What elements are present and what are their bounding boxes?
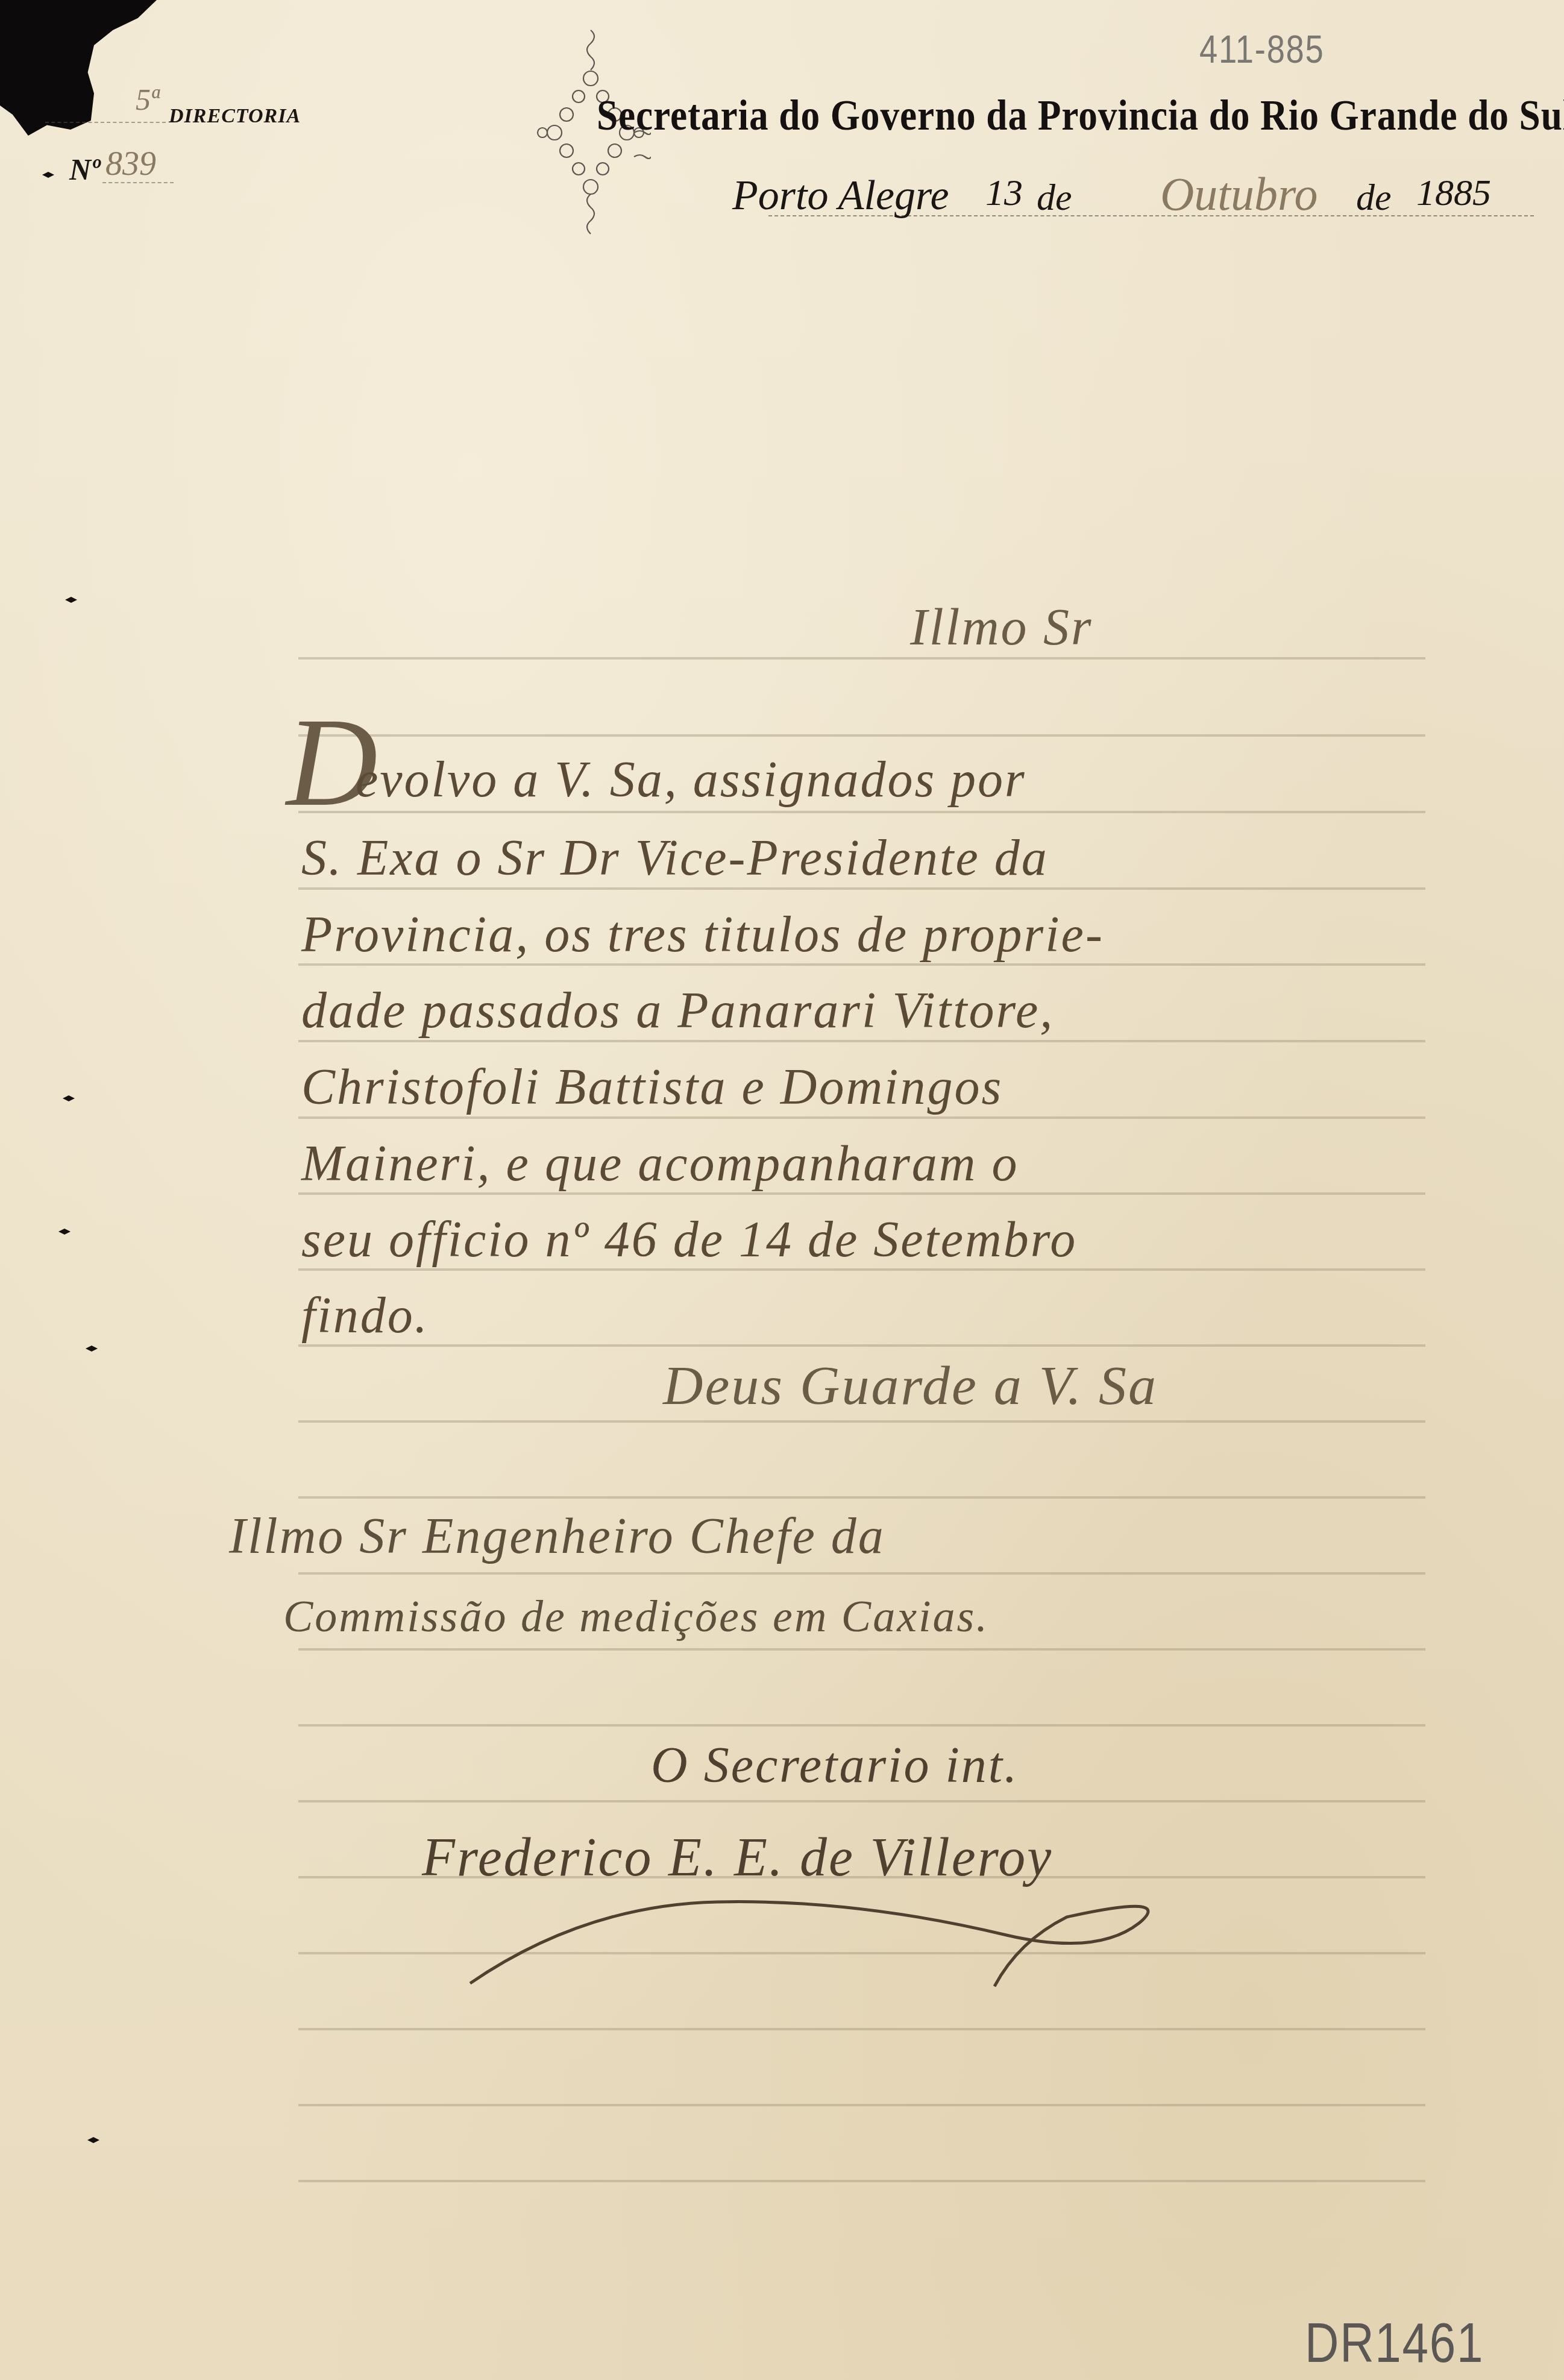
date-month: Outubro (1160, 167, 1317, 221)
body-line: seu officio nº 46 de 14 de Setembro (301, 1210, 1077, 1269)
ruled-line (298, 887, 1425, 890)
directoria-label: DIRECTORIA (169, 105, 301, 128)
body-line: S. Exa o Sr Dr Vice-Presidente da (301, 829, 1049, 887)
ruled-line (298, 1572, 1425, 1575)
date-line: Porto Alegre 13 de Outubro de 1885 (732, 172, 1540, 220)
pin-hole (63, 1095, 75, 1101)
ruled-line (298, 1116, 1425, 1119)
closing-formula: Deus Guarde a V. Sa (663, 1353, 1158, 1417)
pin-hole (87, 2137, 99, 2143)
signature-name: Frederico E. E. de Villeroy (422, 1827, 1053, 1889)
body-line: evolvo a V. Sa, assignados por (356, 751, 1026, 809)
date-year: 1885 (1416, 172, 1491, 215)
ruled-line (298, 1724, 1425, 1727)
body-line: dade passados a Panarari Vittore, (301, 981, 1054, 1040)
archive-code-bottom: DR1461 (1305, 2312, 1484, 2375)
ruled-line (298, 1496, 1425, 1499)
ruled-line (298, 1800, 1425, 1802)
addressee-line: Illmo Sr Engenheiro Chefe da (229, 1507, 885, 1566)
number-prefix: Nº (69, 153, 100, 186)
document-page: 5ª DIRECTORIA Nº 839 Secreta (0, 0, 1564, 2380)
archive-code-top: 411-885 (1199, 27, 1325, 72)
date-day: 13 (985, 172, 1023, 215)
pin-hole (58, 1229, 71, 1235)
ruled-line (298, 811, 1425, 813)
signature-flourish-icon (464, 1881, 1199, 1989)
salutation: Illmo Sr (910, 597, 1093, 657)
document-number-field: Nº 839 (69, 152, 100, 187)
number-underline (102, 182, 174, 183)
ruled-line (298, 2104, 1425, 2106)
ruled-line (298, 2028, 1425, 2030)
date-connector: de (1037, 177, 1072, 219)
ruled-line (298, 657, 1425, 660)
ruled-line (298, 1344, 1425, 1347)
ruled-line (298, 2180, 1425, 2182)
torn-corner (0, 0, 157, 151)
addressee-line: Commissão de medições em Caxias. (283, 1591, 989, 1643)
body-line: Provincia, os tres titulos de proprie- (301, 905, 1104, 964)
signature-title: O Secretario int. (651, 1736, 1019, 1795)
ruled-line (298, 1420, 1425, 1423)
ruled-line (298, 1648, 1425, 1651)
body-line: Maineri, e que acompanharam o (301, 1135, 1019, 1193)
date-place: Porto Alegre (732, 172, 949, 220)
directoria-underline (45, 122, 166, 123)
pin-hole (42, 172, 54, 178)
directoria-field: 5ª DIRECTORIA (45, 101, 322, 125)
date-connector: de (1356, 177, 1392, 219)
document-number: 839 (105, 145, 156, 183)
ruled-line (298, 734, 1425, 737)
letterhead-title: Secretaria do Governo da Provincia do Ri… (597, 90, 1403, 140)
body-line: findo. (301, 1286, 429, 1345)
ruled-line (298, 1040, 1425, 1042)
directoria-number: 5ª (136, 82, 159, 117)
body-line: Christofoli Battista e Domingos (301, 1058, 1003, 1116)
pin-hole (65, 597, 77, 603)
pin-hole (86, 1346, 98, 1352)
